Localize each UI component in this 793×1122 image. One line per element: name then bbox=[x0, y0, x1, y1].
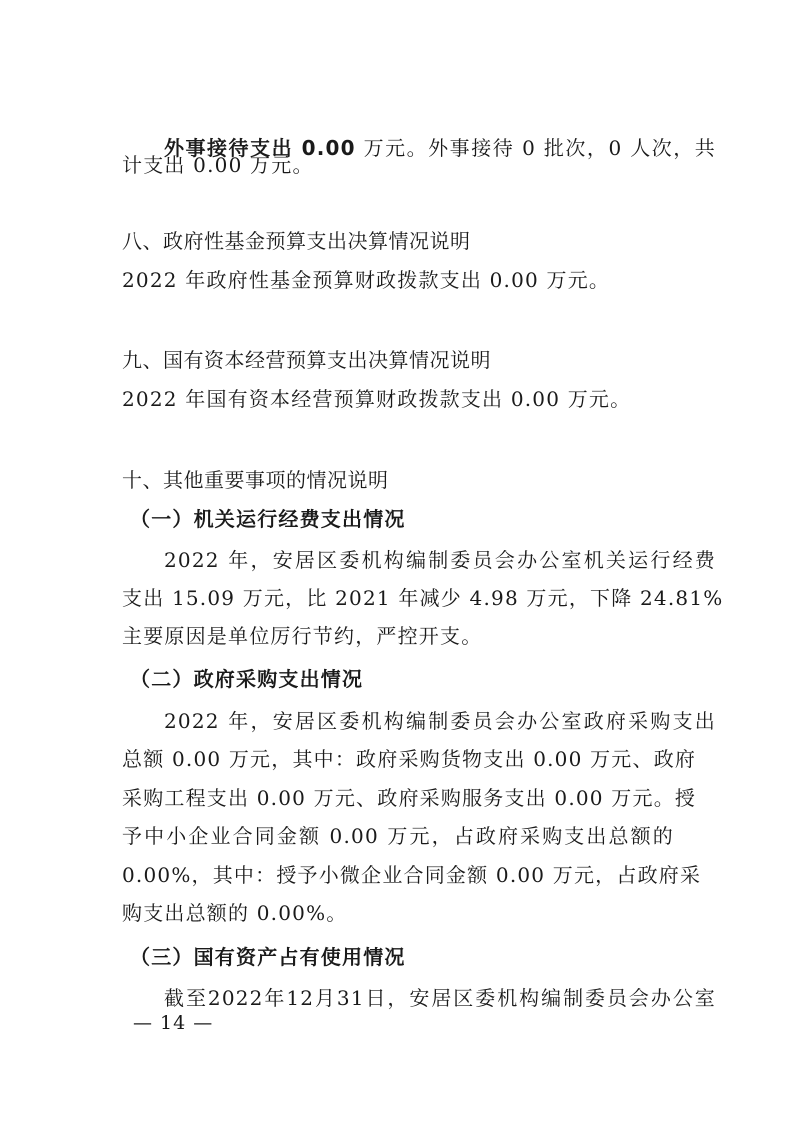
subheading-3: （三）国有资产占有使用情况 bbox=[122, 942, 682, 972]
text-line: 2022 年政府性基金预算财政拨款支出 0.00 万元。 bbox=[122, 265, 674, 295]
text-line: 计支出 0.00 万元。 bbox=[122, 150, 674, 180]
text-line: 支出 15.09 万元，比 2021 年减少 4.98 万元，下降 24.81% bbox=[122, 583, 674, 613]
text-line: 2022 年，安居区委机构编制委员会办公室机关运行经费 bbox=[122, 545, 716, 575]
text-line: 予中小企业合同金额 0.00 万元，占政府采购支出总额的 bbox=[122, 821, 674, 851]
section-heading-10: 十、其他重要事项的情况说明 bbox=[122, 465, 674, 495]
subheading-1: （一）机关运行经费支出情况 bbox=[122, 504, 682, 534]
section-heading-9: 九、国有资本经营预算支出决算情况说明 bbox=[122, 345, 674, 375]
text-line: 采购工程支出 0.00 万元、政府采购服务支出 0.00 万元。授 bbox=[122, 783, 674, 813]
text-line: 主要原因是单位厉行节约，严控开支。 bbox=[122, 621, 674, 651]
section-heading-8: 八、政府性基金预算支出决算情况说明 bbox=[122, 226, 674, 256]
text-line: 总额 0.00 万元，其中：政府采购货物支出 0.00 万元、政府 bbox=[122, 744, 674, 774]
text-line: 2022 年，安居区委机构编制委员会办公室政府采购支出 bbox=[122, 706, 716, 736]
text-line: 2022 年国有资本经营预算财政拨款支出 0.00 万元。 bbox=[122, 384, 674, 414]
text-line: 购支出总额的 0.00%。 bbox=[122, 898, 674, 928]
text-line: 截至2022年12月31日，安居区委机构编制委员会办公室 bbox=[122, 983, 716, 1013]
text-line: 0.00%，其中：授予小微企业合同金额 0.00 万元，占政府采 bbox=[122, 860, 674, 890]
subheading-2: （二）政府采购支出情况 bbox=[122, 664, 682, 694]
page-number: — 14 — bbox=[133, 1012, 213, 1034]
